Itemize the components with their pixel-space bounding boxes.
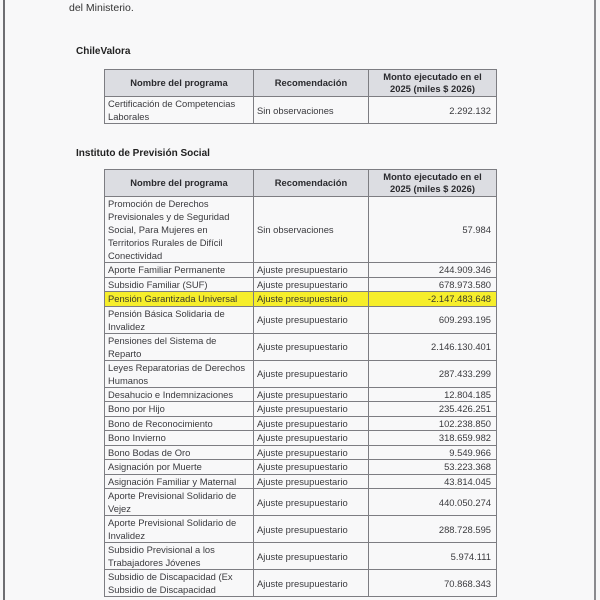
table-header-row: Nombre del programa Recomendación Monto … [105,70,497,97]
cell-recommendation: Sin observaciones [254,197,369,263]
cell-program: Bono de Reconocimiento [105,416,254,431]
table-row: Aporte Familiar PermanenteAjuste presupu… [105,263,497,278]
table-row: Pensión Básica Solidaria de InvalidezAju… [105,306,497,333]
table-row: Desahucio e IndemnizacionesAjuste presup… [105,387,497,402]
cell-program: Pensiones del Sistema de Reparto [105,333,254,360]
table-row: Leyes Reparatorias de Derechos HumanosAj… [105,360,497,387]
cell-program: Aporte Familiar Permanente [105,263,254,278]
cell-recommendation: Ajuste presupuestario [254,263,369,278]
intro-text: del Ministerio. [69,2,134,14]
cell-recommendation: Ajuste presupuestario [254,333,369,360]
cell-program: Desahucio e Indemnizaciones [105,387,254,402]
column-header-recommendation: Recomendación [254,170,369,197]
column-header-program: Nombre del programa [105,70,254,97]
cell-amount: 9.549.966 [369,445,497,460]
cell-amount: 678.973.580 [369,277,497,292]
cell-recommendation: Ajuste presupuestario [254,292,369,307]
cell-recommendation: Ajuste presupuestario [254,445,369,460]
table-row: Bono Bodas de OroAjuste presupuestario9.… [105,445,497,460]
cell-program: Bono Bodas de Oro [105,445,254,460]
cell-amount: 318.659.982 [369,431,497,446]
cell-program: Pensión Garantizada Universal [105,292,254,307]
cell-amount: 288.728.595 [369,516,497,543]
cell-amount: 102.238.850 [369,416,497,431]
table-row: Bono InviernoAjuste presupuestario318.65… [105,431,497,446]
cell-program: Leyes Reparatorias de Derechos Humanos [105,360,254,387]
table-row: Pensión Garantizada UniversalAjuste pres… [105,292,497,307]
table-row: Aporte Previsional Solidario de VejezAju… [105,489,497,516]
table-row: Asignación Familiar y MaternalAjuste pre… [105,474,497,489]
cell-amount: 12.804.185 [369,387,497,402]
cell-recommendation: Ajuste presupuestario [254,306,369,333]
cell-program: Aporte Previsional Solidario de Vejez [105,489,254,516]
cell-recommendation: Ajuste presupuestario [254,489,369,516]
cell-recommendation: Ajuste presupuestario [254,474,369,489]
chilevalora-table: Nombre del programa Recomendación Monto … [104,69,497,124]
table-row: Subsidio de Discapacidad (Ex Subsidio de… [105,570,497,597]
table-row: Subsidio Previsional a los Trabajadores … [105,543,497,570]
cell-program: Subsidio Previsional a los Trabajadores … [105,543,254,570]
cell-amount: 70.868.343 [369,570,497,597]
cell-amount: 53.223.368 [369,460,497,475]
section-title-ips: Instituto de Previsión Social [76,148,210,159]
cell-amount: -2.147.483.648 [369,292,497,307]
cell-amount: 235.426.251 [369,402,497,417]
cell-amount: 287.433.299 [369,360,497,387]
table-row: Bono de ReconocimientoAjuste presupuesta… [105,416,497,431]
cell-recommendation: Ajuste presupuestario [254,387,369,402]
cell-recommendation: Ajuste presupuestario [254,402,369,417]
column-header-recommendation: Recomendación [254,70,369,97]
table-row: Certificación de Competencias LaboralesS… [105,97,497,124]
cell-amount: 5.974.111 [369,543,497,570]
table-row: Bono por HijoAjuste presupuestario235.42… [105,402,497,417]
ips-table: Nombre del programa Recomendación Monto … [104,169,497,597]
cell-program: Subsidio Familiar (SUF) [105,277,254,292]
column-header-amount: Monto ejecutado en el 2025 (miles $ 2026… [369,70,497,97]
section-title-chilevalora: ChileValora [76,46,130,57]
cell-program: Subsidio de Discapacidad (Ex Subsidio de… [105,570,254,597]
table-header-row: Nombre del programa Recomendación Monto … [105,170,497,197]
column-header-program: Nombre del programa [105,170,254,197]
cell-amount: 440.050.274 [369,489,497,516]
cell-amount: 2.292.132 [369,97,497,124]
cell-program: Bono por Hijo [105,402,254,417]
cell-recommendation: Ajuste presupuestario [254,570,369,597]
cell-program: Pensión Básica Solidaria de Invalidez [105,306,254,333]
cell-amount: 43.814.045 [369,474,497,489]
table-row: Aporte Previsional Solidario de Invalide… [105,516,497,543]
cell-program: Asignación por Muerte [105,460,254,475]
cell-program: Promoción de Derechos Previsionales y de… [105,197,254,263]
table-row: Pensiones del Sistema de RepartoAjuste p… [105,333,497,360]
cell-program: Asignación Familiar y Maternal [105,474,254,489]
cell-amount: 57.984 [369,197,497,263]
table-row: Subsidio Familiar (SUF)Ajuste presupuest… [105,277,497,292]
cell-recommendation: Ajuste presupuestario [254,416,369,431]
column-header-amount: Monto ejecutado en el 2025 (miles $ 2026… [369,170,497,197]
cell-amount: 2.146.130.401 [369,333,497,360]
cell-recommendation: Sin observaciones [254,97,369,124]
cell-recommendation: Ajuste presupuestario [254,360,369,387]
cell-program: Certificación de Competencias Laborales [105,97,254,124]
table-row: Asignación por MuerteAjuste presupuestar… [105,460,497,475]
cell-recommendation: Ajuste presupuestario [254,460,369,475]
cell-recommendation: Ajuste presupuestario [254,516,369,543]
cell-recommendation: Ajuste presupuestario [254,543,369,570]
table-row: Promoción de Derechos Previsionales y de… [105,197,497,263]
cell-amount: 609.293.195 [369,306,497,333]
cell-program: Aporte Previsional Solidario de Invalide… [105,516,254,543]
cell-recommendation: Ajuste presupuestario [254,277,369,292]
cell-amount: 244.909.346 [369,263,497,278]
cell-recommendation: Ajuste presupuestario [254,431,369,446]
cell-program: Bono Invierno [105,431,254,446]
